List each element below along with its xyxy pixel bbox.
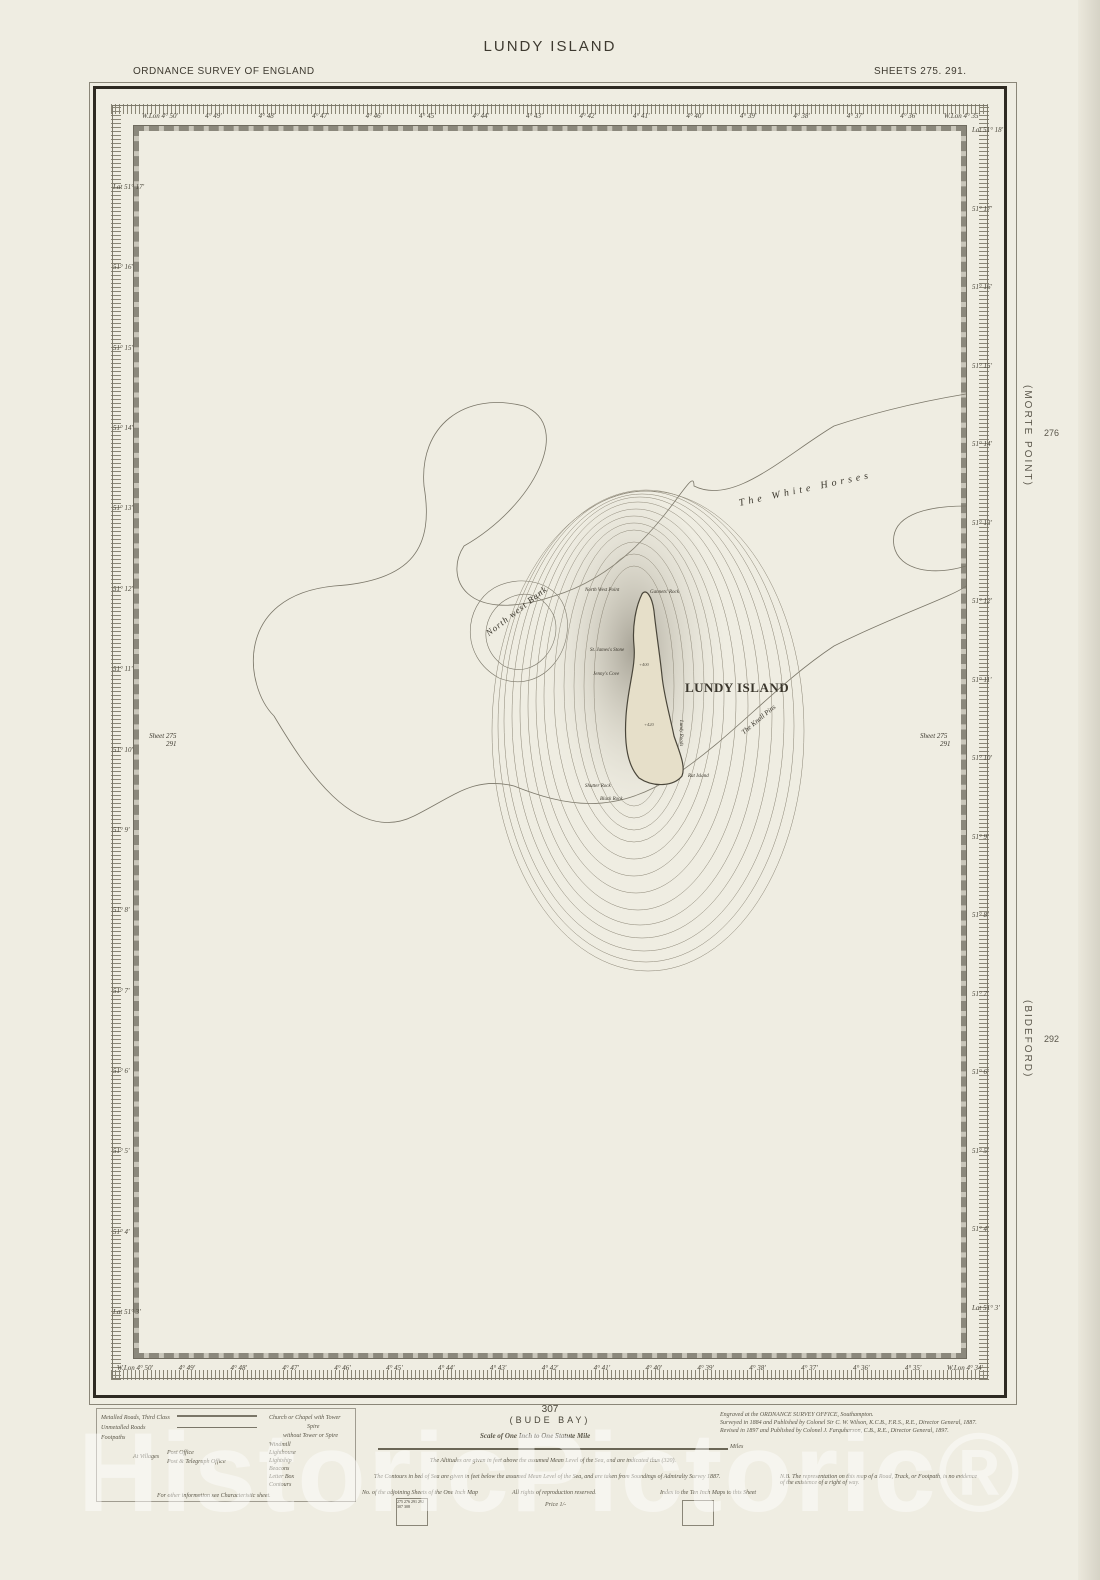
rights-note: All rights of reproduction reserved. bbox=[512, 1490, 597, 1496]
graticule-label: 51° 8' bbox=[113, 906, 130, 914]
graticule-label: 4° 40' bbox=[686, 112, 703, 120]
legend-contours: Contours bbox=[269, 1482, 291, 1488]
graticule-label: 51° 13' bbox=[113, 504, 133, 512]
graticule-label: 51° 14' bbox=[972, 440, 992, 448]
graticule-label: 4° 46' bbox=[366, 112, 383, 120]
legend-lighthouse: Lighthouse bbox=[269, 1450, 296, 1456]
graticule-label: 51° 9' bbox=[972, 833, 989, 841]
graticule-label: 51° 11' bbox=[113, 665, 133, 673]
label-north-west-point: North West Point bbox=[585, 588, 619, 593]
sheet-ref-left-line2: 291 bbox=[146, 740, 177, 748]
label-st-james-stone: St. James's Stone bbox=[590, 648, 624, 653]
graticule-label: W.Lon 4° 34' bbox=[947, 1364, 983, 1372]
graticule-label: W.Lon 4° 35' bbox=[944, 112, 980, 120]
legend-unmetalled-roads: Unmetalled Roads bbox=[101, 1425, 146, 1431]
sheet-numbers: SHEETS 275. 291. bbox=[874, 66, 967, 77]
revised-note: Revised in 1897 and Published by Colonel… bbox=[720, 1428, 949, 1434]
graticule-label: 51° 12' bbox=[113, 585, 133, 593]
graticule-label: 4° 41' bbox=[633, 112, 650, 120]
adjoining-292: 292 bbox=[1044, 1034, 1059, 1044]
scale-unit: Miles bbox=[730, 1444, 743, 1450]
index-cell: 291 bbox=[411, 1499, 417, 1504]
graticule-label: 4° 46' bbox=[334, 1364, 351, 1372]
label-lundy-island: LUNDY ISLAND bbox=[685, 680, 789, 696]
graticule-label: 4° 44' bbox=[438, 1364, 455, 1372]
paper-edge bbox=[1078, 0, 1100, 1580]
sheet-ref-right-line2: 291 bbox=[920, 740, 951, 748]
graticule-label: 4° 47' bbox=[282, 1364, 299, 1372]
graticule-label: 4° 42' bbox=[542, 1364, 559, 1372]
altitude-note: The Altitudes are given in feet above th… bbox=[430, 1458, 676, 1464]
graticule-label: 51° 10' bbox=[972, 754, 992, 762]
sheet-ref-left-line1: Sheet 275 bbox=[146, 732, 177, 740]
adjoining-morte-point: (MORTE POINT) bbox=[1022, 385, 1033, 487]
legend-church-tower: Church or Chapel with Tower bbox=[269, 1415, 341, 1421]
surveyed-note: Surveyed in 1884 and Published by Colone… bbox=[720, 1420, 977, 1426]
graticule-label: 51° 16' bbox=[972, 283, 992, 291]
graticule-label: Lat 51° 18' bbox=[972, 126, 1003, 134]
legend-unmetalled-symbol bbox=[177, 1427, 257, 1428]
legend-spire: Spire bbox=[307, 1424, 319, 1430]
graticule-label: 4° 48' bbox=[230, 1364, 247, 1372]
scale-bar bbox=[378, 1448, 728, 1450]
graticule-label: 4° 45' bbox=[419, 112, 436, 120]
graticule-label: 4° 37' bbox=[801, 1364, 818, 1372]
graticule-label: 51° 5' bbox=[972, 1147, 989, 1155]
label-shutter-rock: Shutter Rock bbox=[585, 784, 611, 789]
graticule-label: 51° 15' bbox=[113, 344, 133, 352]
legend-post-office: Post Office bbox=[167, 1450, 194, 1456]
sheet-ref-right: Sheet 275 291 bbox=[920, 732, 951, 748]
graticule-label: 51° 8' bbox=[972, 911, 989, 919]
graticule-label: 51° 11' bbox=[972, 676, 992, 684]
legend-without-tower: without Tower or Spire bbox=[283, 1433, 338, 1439]
graticule-label: 51° 13' bbox=[972, 519, 992, 527]
graticule-label: W.Lon 4° 50' bbox=[142, 112, 178, 120]
label-jennys-cove: Jenny's Cove bbox=[593, 672, 619, 677]
graticule-label: 51° 15' bbox=[972, 362, 992, 370]
graticule-label: 51° 6' bbox=[972, 1068, 989, 1076]
index-cell: 308 bbox=[404, 1504, 410, 1509]
legend-panel: Metalled Roads, Third Class Unmetalled R… bbox=[96, 1408, 356, 1502]
adjoining-sheets-diagram: 275 276 291 292 307 308 bbox=[396, 1498, 428, 1526]
graticule-label: 51° 6' bbox=[113, 1067, 130, 1075]
graticule-label: 51° 5' bbox=[113, 1147, 130, 1155]
label-black-rock: Black Rock bbox=[600, 797, 623, 802]
legend-post-telegraph: Post & Telegraph Office bbox=[167, 1459, 226, 1465]
graticule-label: 4° 43' bbox=[490, 1364, 507, 1372]
scale-title: Scale of One Inch to One Statute Mile bbox=[480, 1432, 590, 1440]
graticule-label: 51° 9' bbox=[113, 826, 130, 834]
graticule-label: 4° 48' bbox=[259, 112, 276, 120]
graticule-label: 4° 36' bbox=[853, 1364, 870, 1372]
adjoining-bideford: (BIDEFORD) bbox=[1022, 1000, 1033, 1078]
label-rat-island: Rat Island bbox=[688, 774, 709, 779]
graticule-label: 4° 45' bbox=[386, 1364, 403, 1372]
adjoining-sheets-note: No. of the adjoining Sheets of the One I… bbox=[362, 1490, 478, 1496]
graticule-label: 4° 44' bbox=[473, 112, 490, 120]
legend-beacons: Beacons bbox=[269, 1466, 289, 1472]
graticule-label: 51° 4' bbox=[113, 1228, 130, 1236]
graticule-label: 4° 43' bbox=[526, 112, 543, 120]
graticule-label: 4° 38' bbox=[749, 1364, 766, 1372]
map-area: +400 +420 bbox=[134, 126, 966, 1358]
graticule-label: 51° 17' bbox=[972, 205, 992, 213]
adjoining-bottom: 307 (BUDE BAY) bbox=[500, 1404, 600, 1425]
label-lundy-roads: Lundy Roads bbox=[678, 720, 683, 746]
index-note: Index to the Ten Inch Maps to this Sheet bbox=[660, 1490, 756, 1496]
legend-lightship: Lightship bbox=[269, 1458, 292, 1464]
graticule-label: 4° 39' bbox=[697, 1364, 714, 1372]
legend-metalled-roads: Metalled Roads, Third Class bbox=[101, 1415, 170, 1421]
graticule-label: 4° 36' bbox=[900, 112, 917, 120]
index-cell: 307 bbox=[397, 1504, 403, 1509]
graticule-label: 4° 37' bbox=[847, 112, 864, 120]
legend-villages-label: At Villages bbox=[133, 1454, 159, 1460]
graticule-label: 4° 35' bbox=[905, 1364, 922, 1372]
survey-title: ORDNANCE SURVEY OF ENGLAND bbox=[133, 66, 315, 77]
graticule-label: 51° 7' bbox=[113, 987, 130, 995]
graticule-label: 4° 39' bbox=[740, 112, 757, 120]
legend-footpaths: Footpaths bbox=[101, 1435, 125, 1441]
graticule-label: 51° 16' bbox=[113, 263, 133, 271]
graticule-label: 51° 10' bbox=[113, 746, 133, 754]
ten-inch-index-diagram bbox=[682, 1500, 714, 1526]
legend-road-symbol bbox=[177, 1415, 257, 1417]
graticule-label: 51° 7' bbox=[972, 990, 989, 998]
graticule-label: 51° 14' bbox=[113, 424, 133, 432]
legend-footnote: For other information see Characteristic… bbox=[157, 1493, 271, 1499]
graticule-label: Lat 51° 3' bbox=[972, 1304, 1000, 1312]
graticule-label: 4° 38' bbox=[793, 112, 810, 120]
graticule-label: 4° 41' bbox=[594, 1364, 611, 1372]
nb-note: N.B. The representation on this map of a… bbox=[780, 1474, 980, 1486]
contour-note: The Contours in bed of Sea are given in … bbox=[374, 1474, 721, 1480]
legend-letter-box: Letter Box bbox=[269, 1474, 294, 1480]
graticule-label: 4° 49' bbox=[205, 112, 222, 120]
price-note: Price 1/- bbox=[545, 1502, 566, 1508]
graticule-label: 4° 49' bbox=[179, 1364, 196, 1372]
graticule-label: 51° 4' bbox=[972, 1225, 989, 1233]
sheet-ref-left: Sheet 275 291 bbox=[146, 732, 177, 748]
svg-text:+400: +400 bbox=[639, 662, 650, 667]
engraved-note: Engraved at the ORDNANCE SURVEY OFFICE, … bbox=[720, 1412, 874, 1418]
graticule-label: 4° 47' bbox=[312, 112, 329, 120]
graticule-label: 51° 12' bbox=[972, 597, 992, 605]
label-gannets-rock: Gannets' Rock bbox=[650, 590, 679, 595]
legend-windmill: Windmill bbox=[269, 1442, 291, 1448]
sheet-ref-right-line1: Sheet 275 bbox=[920, 732, 951, 740]
map-title: LUNDY ISLAND bbox=[0, 38, 1100, 55]
graticule-label: W.Lon 4° 50' bbox=[117, 1364, 153, 1372]
index-cell: 292 bbox=[418, 1499, 424, 1504]
adjoining-307: 307 bbox=[500, 1404, 600, 1415]
adjoining-bude-bay: (BUDE BAY) bbox=[500, 1415, 600, 1425]
graticule-label: 4° 42' bbox=[579, 112, 596, 120]
svg-text:+420: +420 bbox=[644, 722, 655, 727]
graticule-label: 4° 40' bbox=[645, 1364, 662, 1372]
adjoining-276: 276 bbox=[1044, 428, 1059, 438]
